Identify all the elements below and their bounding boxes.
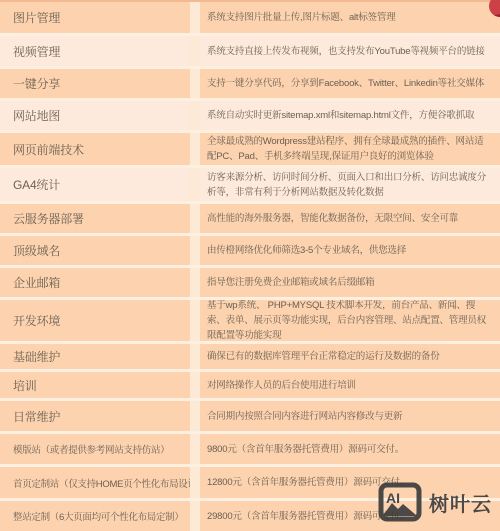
row-label: 网页前端技术 (0, 133, 190, 165)
column-divider (190, 133, 200, 165)
row-label: 整站定制（6大页面均可个性化布局定制） (0, 501, 190, 531)
row-desc: 访客来源分析、访问时间分析、页面入口和出口分析、访问忠诚度分析等，非常有利于分析… (200, 168, 500, 201)
column-divider (190, 69, 200, 98)
table-row: 视频管理 系统支持直接上传发布视频，也支持发布YouTube等视频平台的链接 (0, 36, 500, 69)
column-divider (190, 372, 200, 398)
column-divider (190, 268, 200, 297)
row-desc: 指导您注册免费企业邮箱或域名后缀邮箱 (200, 268, 500, 297)
row-desc: 系统自动实时更新sitemap.xml和sitemap.html文件，方便谷歌抓… (200, 101, 500, 130)
column-divider (190, 2, 200, 33)
row-desc: 基于wp系统、 PHP+MYSQL 技术脚本开发，前台产品、新闻、搜索、表单、展… (200, 300, 500, 341)
table-row: 企业邮箱 指导您注册免费企业邮箱或域名后缀邮箱 (0, 268, 500, 300)
table-row: 顶级域名 由传橙网络优化师筛选3-5个专业域名，供您选择 (0, 236, 500, 268)
table-row: 一键分享 支持一键分享代码，分享到Facebook、Twitter、Linked… (0, 69, 500, 101)
table-row: 云服务器部署 高性能的海外服务器，智能化数据备份，无限空间、安全可靠 (0, 204, 500, 236)
row-label: 日常维护 (0, 401, 190, 431)
row-label: 云服务器部署 (0, 204, 190, 233)
column-divider (190, 501, 200, 531)
row-label: 图片管理 (0, 2, 190, 33)
column-divider (190, 236, 200, 265)
row-desc: 支持一键分享代码，分享到Facebook、Twitter、Linkedin等社交… (200, 69, 500, 98)
row-label: GA4统计 (0, 168, 190, 201)
row-desc: 系统支持直接上传发布视频，也支持发布YouTube等视频平台的链接 (200, 36, 500, 66)
column-divider (190, 204, 200, 233)
row-label: 网站地图 (0, 101, 190, 130)
feature-price-table-screenshot: 图片管理 系统支持图片批量上传,图片标题、alt标签管理 视频管理 系统支持直接… (0, 0, 500, 531)
table-row: 日常维护 合同期内按照合同内容进行网站内容修改与更新 (0, 401, 500, 434)
row-desc: 系统支持图片批量上传,图片标题、alt标签管理 (200, 2, 500, 33)
column-divider (190, 401, 200, 431)
table-row: 模版站（或者提供参考网站支持仿站） 9800元（含首年服务器托管费用）源码可交付… (0, 434, 500, 467)
row-desc: 全球最成熟的Wordpress建站程序、拥有全球最成熟的插件、网站适配PC、Pa… (200, 133, 500, 165)
row-label: 模版站（或者提供参考网站支持仿站） (0, 434, 190, 464)
table-row: 培训 对网络操作人员的后台使用进行培训 (0, 372, 500, 401)
column-divider (190, 101, 200, 130)
column-divider (190, 168, 200, 201)
row-label: 一键分享 (0, 69, 190, 98)
logo-ai-text: AI (386, 490, 400, 506)
row-label: 开发环境 (0, 300, 190, 341)
row-desc: 9800元（含首年服务器托管费用）源码可交付。 (200, 434, 500, 464)
row-desc: 由传橙网络优化师筛选3-5个专业域名，供您选择 (200, 236, 500, 265)
table-row: GA4统计 访客来源分析、访问时间分析、页面入口和出口分析、访问忠诚度分析等，非… (0, 168, 500, 204)
row-label: 视频管理 (0, 36, 190, 66)
table-row: 网页前端技术 全球最成熟的Wordpress建站程序、拥有全球最成熟的插件、网站… (0, 133, 500, 168)
row-label: 顶级域名 (0, 236, 190, 265)
table-row: 基础维护 确保已有的数据库管理平台正常稳定的运行及数据的备份 (0, 344, 500, 372)
watermark: AI 树叶云 (378, 482, 492, 522)
column-divider (190, 300, 200, 341)
row-label: 企业邮箱 (0, 268, 190, 297)
column-divider (190, 434, 200, 464)
table-row: 开发环境 基于wp系统、 PHP+MYSQL 技术脚本开发，前台产品、新闻、搜索… (0, 300, 500, 344)
row-desc: 高性能的海外服务器，智能化数据备份，无限空间、安全可靠 (200, 204, 500, 233)
row-label: 首页定制站（仅支持HOME页个性化布局设计） (0, 467, 190, 498)
table-row: 网站地图 系统自动实时更新sitemap.xml和sitemap.html文件，… (0, 101, 500, 133)
column-divider (190, 36, 200, 66)
column-divider (190, 344, 200, 369)
row-label: 基础维护 (0, 344, 190, 369)
watermark-brand-label: 树叶云 (429, 488, 492, 517)
row-desc: 对网络操作人员的后台使用进行培训 (200, 372, 500, 398)
ai-image-logo-icon: AI (378, 482, 422, 522)
column-divider (190, 467, 200, 498)
table-row: 图片管理 系统支持图片批量上传,图片标题、alt标签管理 (0, 2, 500, 36)
row-desc: 合同期内按照合同内容进行网站内容修改与更新 (200, 401, 500, 431)
row-desc: 确保已有的数据库管理平台正常稳定的运行及数据的备份 (200, 344, 500, 369)
row-label: 培训 (0, 372, 190, 398)
